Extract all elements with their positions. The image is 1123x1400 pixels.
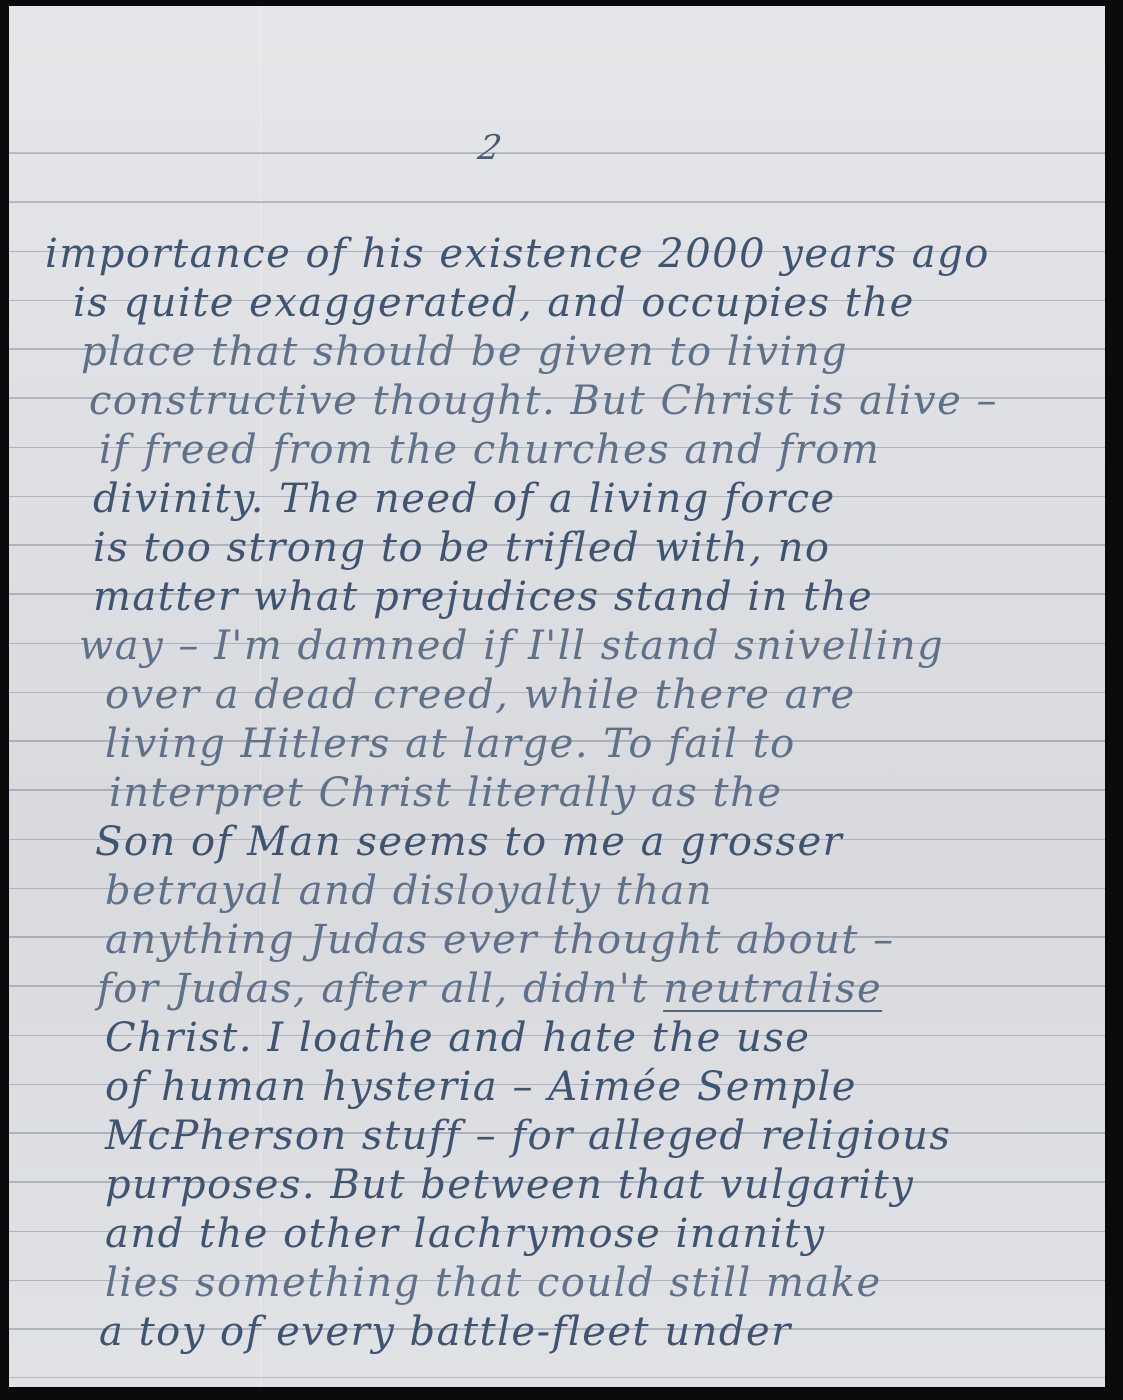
text-line: and the other lachrymose inanity <box>105 1214 826 1254</box>
underlined-word: neutralise <box>663 966 882 1012</box>
text-line: McPherson stuff – for alleged religious <box>105 1116 951 1156</box>
letter-page: 2 importance of his existence 2000 years… <box>9 6 1105 1387</box>
text-line: constructive thought. But Christ is aliv… <box>89 381 998 421</box>
text-line: over a dead creed, while there are <box>105 675 856 715</box>
page-number: 2 <box>475 128 505 168</box>
text-line: importance of his existence 2000 years a… <box>45 234 990 274</box>
text-line: divinity. The need of a living force <box>93 479 836 519</box>
text-line: interpret Christ literally as the <box>109 773 783 813</box>
text-line: living Hitlers at large. To fail to <box>105 724 796 764</box>
text-line: for Judas, after all, didn't neutralise <box>97 969 882 1009</box>
text-line: place that should be given to living <box>81 332 848 372</box>
text-line: betrayal and disloyalty than <box>105 871 713 911</box>
ruled-line <box>9 153 1105 154</box>
text-line: a toy of every battle-fleet under <box>99 1312 792 1352</box>
text-line: Christ. I loathe and hate the use <box>105 1018 810 1058</box>
text-line: Son of Man seems to me a grosser <box>95 822 843 862</box>
text-line: matter what prejudices stand in the <box>93 577 873 617</box>
text-line: is quite exaggerated, and occupies the <box>73 283 915 323</box>
text-line: is too strong to be trifled with, no <box>93 528 830 568</box>
text-line: anything Judas ever thought about – <box>105 920 895 960</box>
text-line: if freed from the churches and from <box>99 430 880 470</box>
text-line: purposes. But between that vulgarity <box>105 1165 914 1205</box>
text-line: way – I'm damned if I'll stand snivellin… <box>79 626 944 666</box>
text-line: of human hysteria – Aimée Semple <box>105 1067 857 1107</box>
text-line: lies something that could still make <box>105 1263 882 1303</box>
ruled-line <box>9 202 1105 203</box>
text-line-part: for Judas, after all, didn't <box>97 966 649 1012</box>
